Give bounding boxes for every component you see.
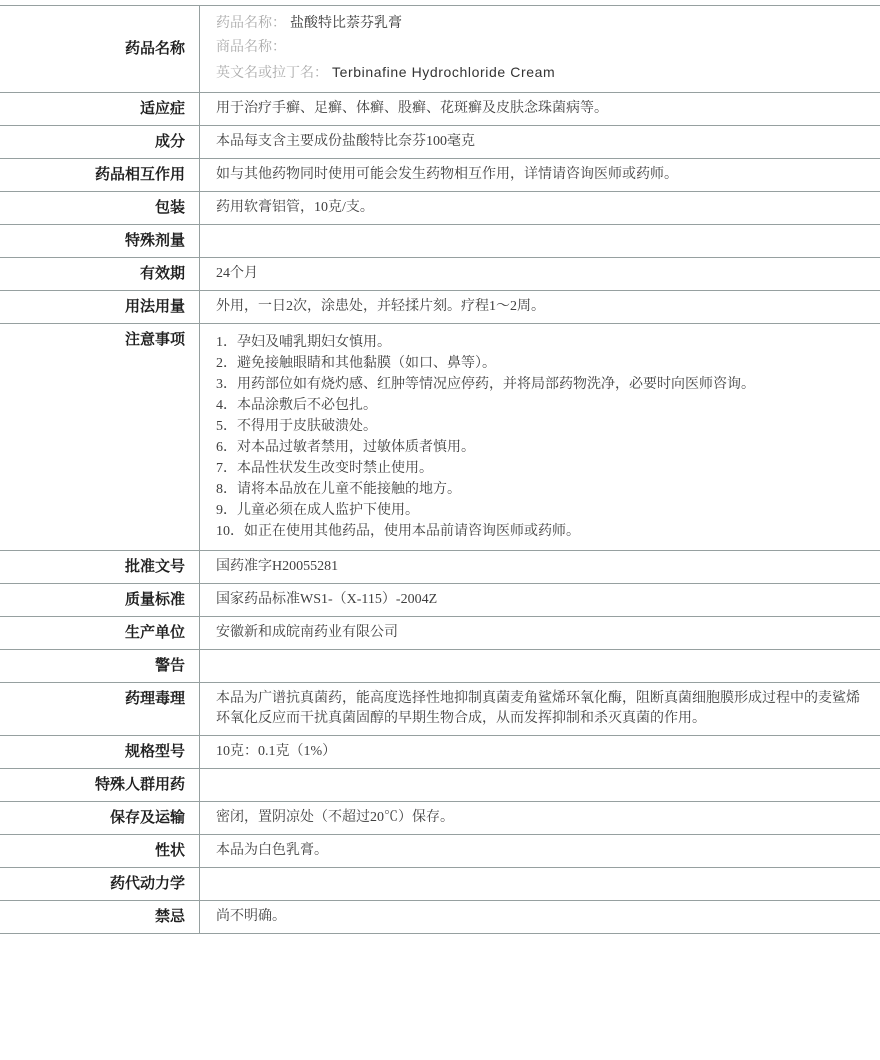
table-row: 注意事项1．孕妇及哺乳期妇女慎用。2．避免接触眼睛和其他黏膜（如口、鼻等）。3．… — [0, 324, 880, 551]
name-field-line: 药品名称：盐酸特比萘芬乳膏 — [216, 12, 868, 36]
table-row: 用法用量外用，一日2次，涂患处，并轻揉片刻。疗程1～2周。 — [0, 291, 880, 324]
row-content: 药用软膏铝管，10克/支。 — [200, 192, 880, 224]
row-content — [200, 225, 880, 257]
field-value: 盐酸特比萘芬乳膏 — [290, 16, 402, 31]
precaution-item: 2．避免接触眼睛和其他黏膜（如口、鼻等）。 — [216, 353, 868, 374]
table-row: 药品相互作用如与其他药物同时使用可能会发生药物相互作用，详情请咨询医师或药师。 — [0, 159, 880, 192]
row-content — [200, 650, 880, 682]
row-content: 本品每支含主要成份盐酸特比奈芬100毫克 — [200, 126, 880, 158]
row-label: 注意事项 — [0, 324, 200, 550]
row-label: 药品名称 — [0, 6, 200, 92]
row-label: 有效期 — [0, 258, 200, 290]
row-label: 特殊人群用药 — [0, 769, 200, 801]
table-row: 生产单位安徽新和成皖南药业有限公司 — [0, 617, 880, 650]
row-content: 药品名称：盐酸特比萘芬乳膏商品名称：英文名或拉丁名：Terbinafine Hy… — [200, 6, 880, 92]
field-key: 药品名称： — [216, 16, 286, 31]
row-content: 如与其他药物同时使用可能会发生药物相互作用，详情请咨询医师或药师。 — [200, 159, 880, 191]
row-content: 密闭，置阴凉处（不超过20℃）保存。 — [200, 802, 880, 834]
row-content: 本品为广谱抗真菌药，能高度选择性地抑制真菌麦角鲨烯环氧化酶，阻断真菌细胞膜形成过… — [200, 683, 880, 735]
row-label: 用法用量 — [0, 291, 200, 323]
precaution-item: 9．儿童必须在成人监护下使用。 — [216, 500, 868, 521]
row-label: 生产单位 — [0, 617, 200, 649]
table-row: 药代动力学 — [0, 868, 880, 901]
row-label: 性状 — [0, 835, 200, 867]
table-row: 规格型号10克：0.1克（1%） — [0, 736, 880, 769]
row-content: 24个月 — [200, 258, 880, 290]
table-row: 保存及运输密闭，置阴凉处（不超过20℃）保存。 — [0, 802, 880, 835]
row-content: 国药准字H20055281 — [200, 551, 880, 583]
row-content: 1．孕妇及哺乳期妇女慎用。2．避免接触眼睛和其他黏膜（如口、鼻等）。3．用药部位… — [200, 324, 880, 550]
precaution-item: 1．孕妇及哺乳期妇女慎用。 — [216, 332, 868, 353]
table-row: 包装药用软膏铝管，10克/支。 — [0, 192, 880, 225]
precaution-item: 10．如正在使用其他药品，使用本品前请咨询医师或药师。 — [216, 521, 868, 542]
table-row: 药理毒理本品为广谱抗真菌药，能高度选择性地抑制真菌麦角鲨烯环氧化酶，阻断真菌细胞… — [0, 683, 880, 736]
drug-info-table: 药品名称药品名称：盐酸特比萘芬乳膏商品名称：英文名或拉丁名：Terbinafin… — [0, 5, 880, 934]
table-row: 批准文号国药准字H20055281 — [0, 551, 880, 584]
table-row: 禁忌尚不明确。 — [0, 901, 880, 934]
precaution-item: 5．不得用于皮肤破溃处。 — [216, 416, 868, 437]
row-label: 药品相互作用 — [0, 159, 200, 191]
row-label: 规格型号 — [0, 736, 200, 768]
row-label: 适应症 — [0, 93, 200, 125]
table-row: 特殊剂量 — [0, 225, 880, 258]
field-key: 英文名或拉丁名： — [216, 66, 328, 81]
row-label: 质量标准 — [0, 584, 200, 616]
row-content — [200, 868, 880, 900]
precaution-item: 3．用药部位如有烧灼感、红肿等情况应停药，并将局部药物洗净，必要时向医师咨询。 — [216, 374, 868, 395]
row-label: 警告 — [0, 650, 200, 682]
row-content: 本品为白色乳膏。 — [200, 835, 880, 867]
row-content: 安徽新和成皖南药业有限公司 — [200, 617, 880, 649]
row-content: 用于治疗手癣、足癣、体癣、股癣、花斑癣及皮肤念珠菌病等。 — [200, 93, 880, 125]
row-label: 保存及运输 — [0, 802, 200, 834]
name-field-line: 商品名称： — [216, 36, 868, 60]
precaution-item: 6．对本品过敏者禁用，过敏体质者慎用。 — [216, 437, 868, 458]
table-row: 成分本品每支含主要成份盐酸特比奈芬100毫克 — [0, 126, 880, 159]
row-content: 国家药品标准WS1-（X-115）-2004Z — [200, 584, 880, 616]
row-label: 药理毒理 — [0, 683, 200, 735]
row-label: 特殊剂量 — [0, 225, 200, 257]
precaution-item: 4．本品涂敷后不必包扎。 — [216, 395, 868, 416]
row-label: 药代动力学 — [0, 868, 200, 900]
row-label: 成分 — [0, 126, 200, 158]
precaution-item: 7．本品性状发生改变时禁止使用。 — [216, 458, 868, 479]
table-row: 性状本品为白色乳膏。 — [0, 835, 880, 868]
table-row: 警告 — [0, 650, 880, 683]
table-row: 药品名称药品名称：盐酸特比萘芬乳膏商品名称：英文名或拉丁名：Terbinafin… — [0, 6, 880, 93]
row-content: 10克：0.1克（1%） — [200, 736, 880, 768]
row-content — [200, 769, 880, 801]
field-key: 商品名称： — [216, 40, 286, 55]
table-row: 适应症用于治疗手癣、足癣、体癣、股癣、花斑癣及皮肤念珠菌病等。 — [0, 93, 880, 126]
name-field-line: 英文名或拉丁名：Terbinafine Hydrochloride Cream — [216, 60, 868, 86]
row-content: 尚不明确。 — [200, 901, 880, 933]
field-value: Terbinafine Hydrochloride Cream — [332, 64, 555, 80]
table-row: 质量标准国家药品标准WS1-（X-115）-2004Z — [0, 584, 880, 617]
row-label: 禁忌 — [0, 901, 200, 933]
row-label: 批准文号 — [0, 551, 200, 583]
row-content: 外用，一日2次，涂患处，并轻揉片刻。疗程1～2周。 — [200, 291, 880, 323]
row-label: 包装 — [0, 192, 200, 224]
precaution-item: 8．请将本品放在儿童不能接触的地方。 — [216, 479, 868, 500]
table-row: 有效期24个月 — [0, 258, 880, 291]
table-row: 特殊人群用药 — [0, 769, 880, 802]
